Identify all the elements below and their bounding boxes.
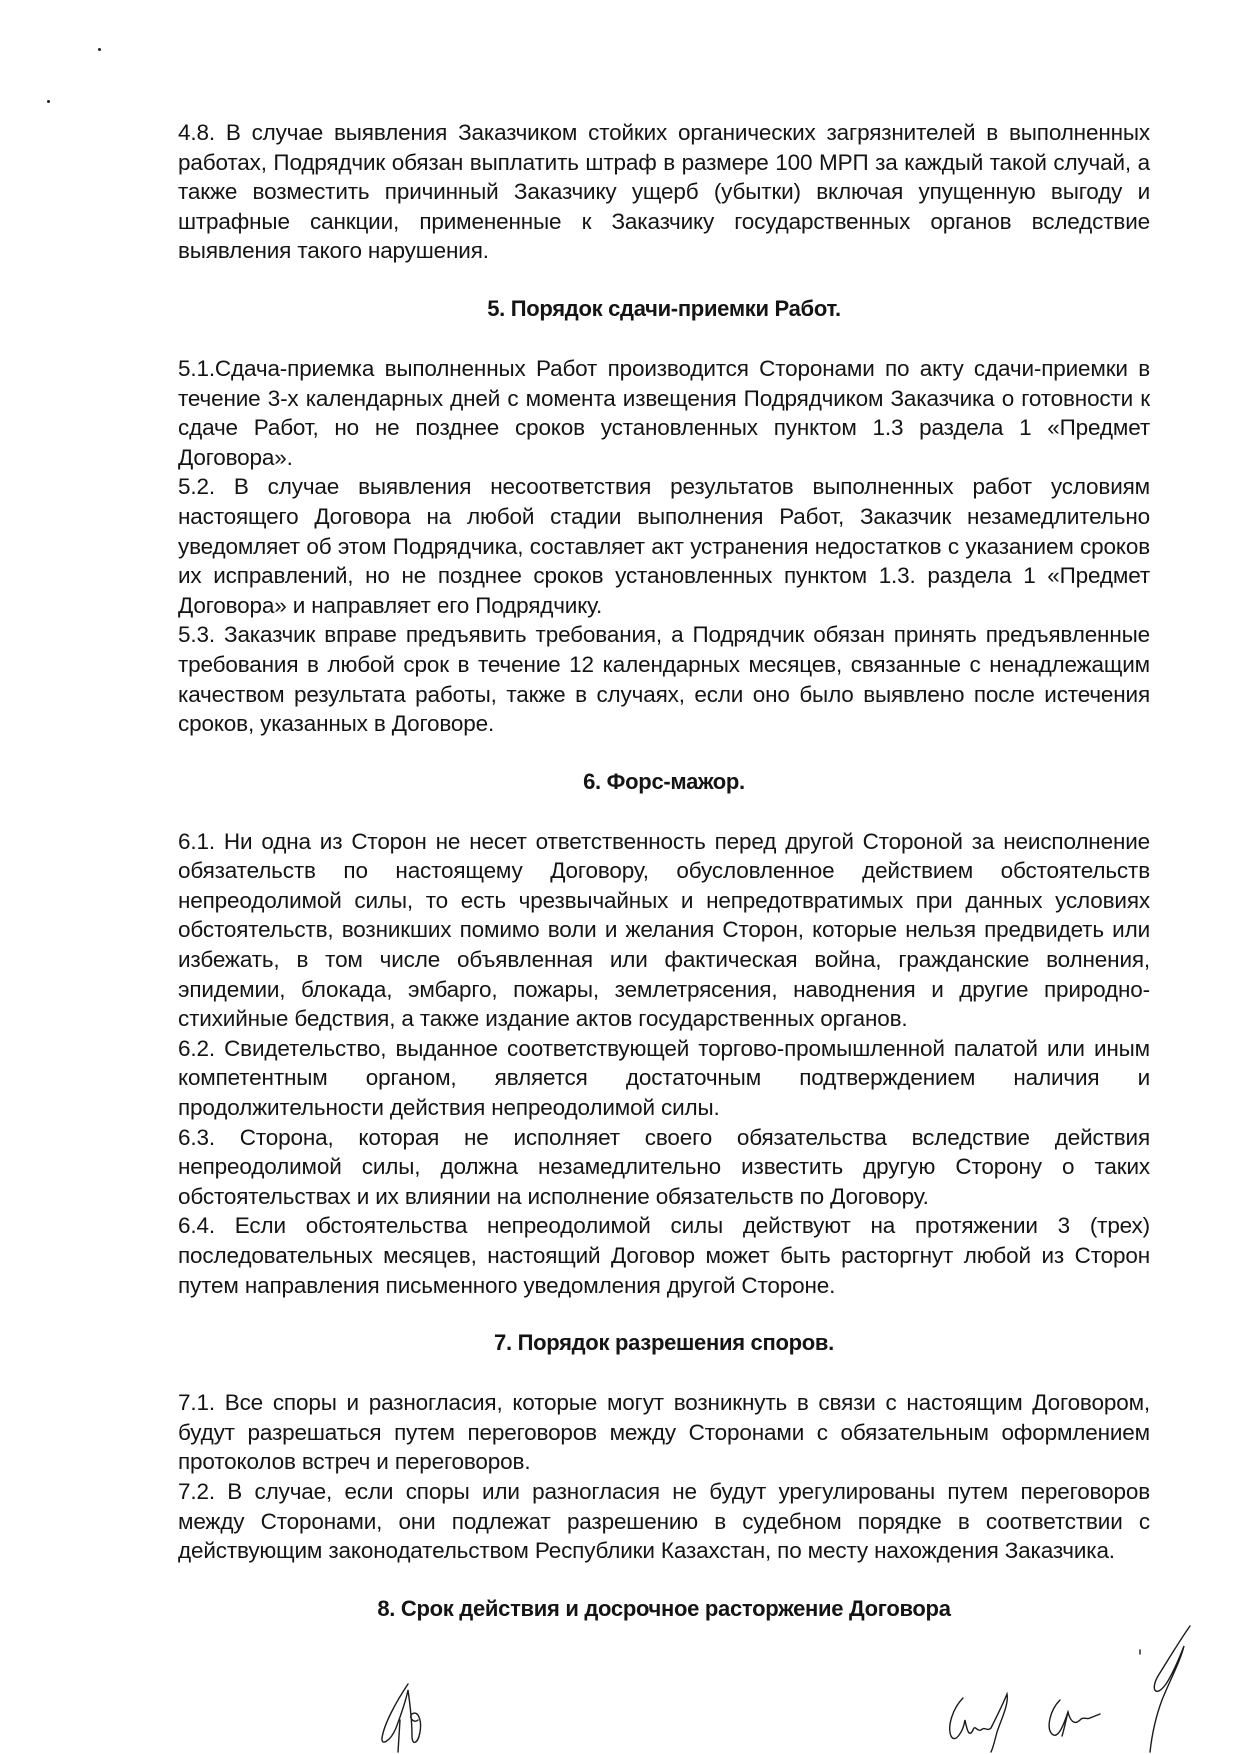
signature-right-2 (1040, 1620, 1210, 1754)
section-8: 8. Срок действия и досрочное расторжение… (178, 1594, 1150, 1624)
clause-5-1: 5.1.Сдача-приемка выполненных Работ прои… (178, 354, 1150, 472)
scan-speck (98, 48, 101, 51)
clause-6-3: 6.3. Сторона, которая не исполняет своег… (178, 1123, 1150, 1212)
clause-5-2: 5.2. В случае выявления несоответствия р… (178, 472, 1150, 620)
signature-right-1 (945, 1690, 1025, 1754)
clause-6-2: 6.2. Свидетельство, выданное соответству… (178, 1034, 1150, 1123)
section-7: 7. Порядок разрешения споров. 7.1. Все с… (178, 1328, 1150, 1566)
section-heading-7: 7. Порядок разрешения споров. (178, 1328, 1150, 1358)
section-5: 5. Порядок сдачи-приемки Работ. 5.1.Сдач… (178, 294, 1150, 739)
document-page: 4.8. В случае выявления Заказчиком стойк… (0, 0, 1240, 1754)
scan-speck (47, 100, 50, 103)
clause-4-8: 4.8. В случае выявления Заказчиком стойк… (178, 118, 1150, 266)
section-heading-6: 6. Форс-мажор. (178, 767, 1150, 797)
clause-6-1: 6.1. Ни одна из Сторон не несет ответств… (178, 827, 1150, 1034)
section-heading-5: 5. Порядок сдачи-приемки Работ. (178, 294, 1150, 324)
section-4: 4.8. В случае выявления Заказчиком стойк… (178, 118, 1150, 266)
document-body: 4.8. В случае выявления Заказчиком стойк… (178, 118, 1150, 1624)
section-heading-8: 8. Срок действия и досрочное расторжение… (178, 1594, 1150, 1624)
clause-5-3: 5.3. Заказчик вправе предъявить требован… (178, 620, 1150, 738)
clause-7-2: 7.2. В случае, если споры или разногласи… (178, 1477, 1150, 1566)
clause-6-4: 6.4. Если обстоятельства непреодолимой с… (178, 1211, 1150, 1300)
clause-7-1: 7.1. Все споры и разногласия, которые мо… (178, 1388, 1150, 1477)
section-6: 6. Форс-мажор. 6.1. Ни одна из Сторон не… (178, 767, 1150, 1301)
signature-left (378, 1680, 438, 1754)
